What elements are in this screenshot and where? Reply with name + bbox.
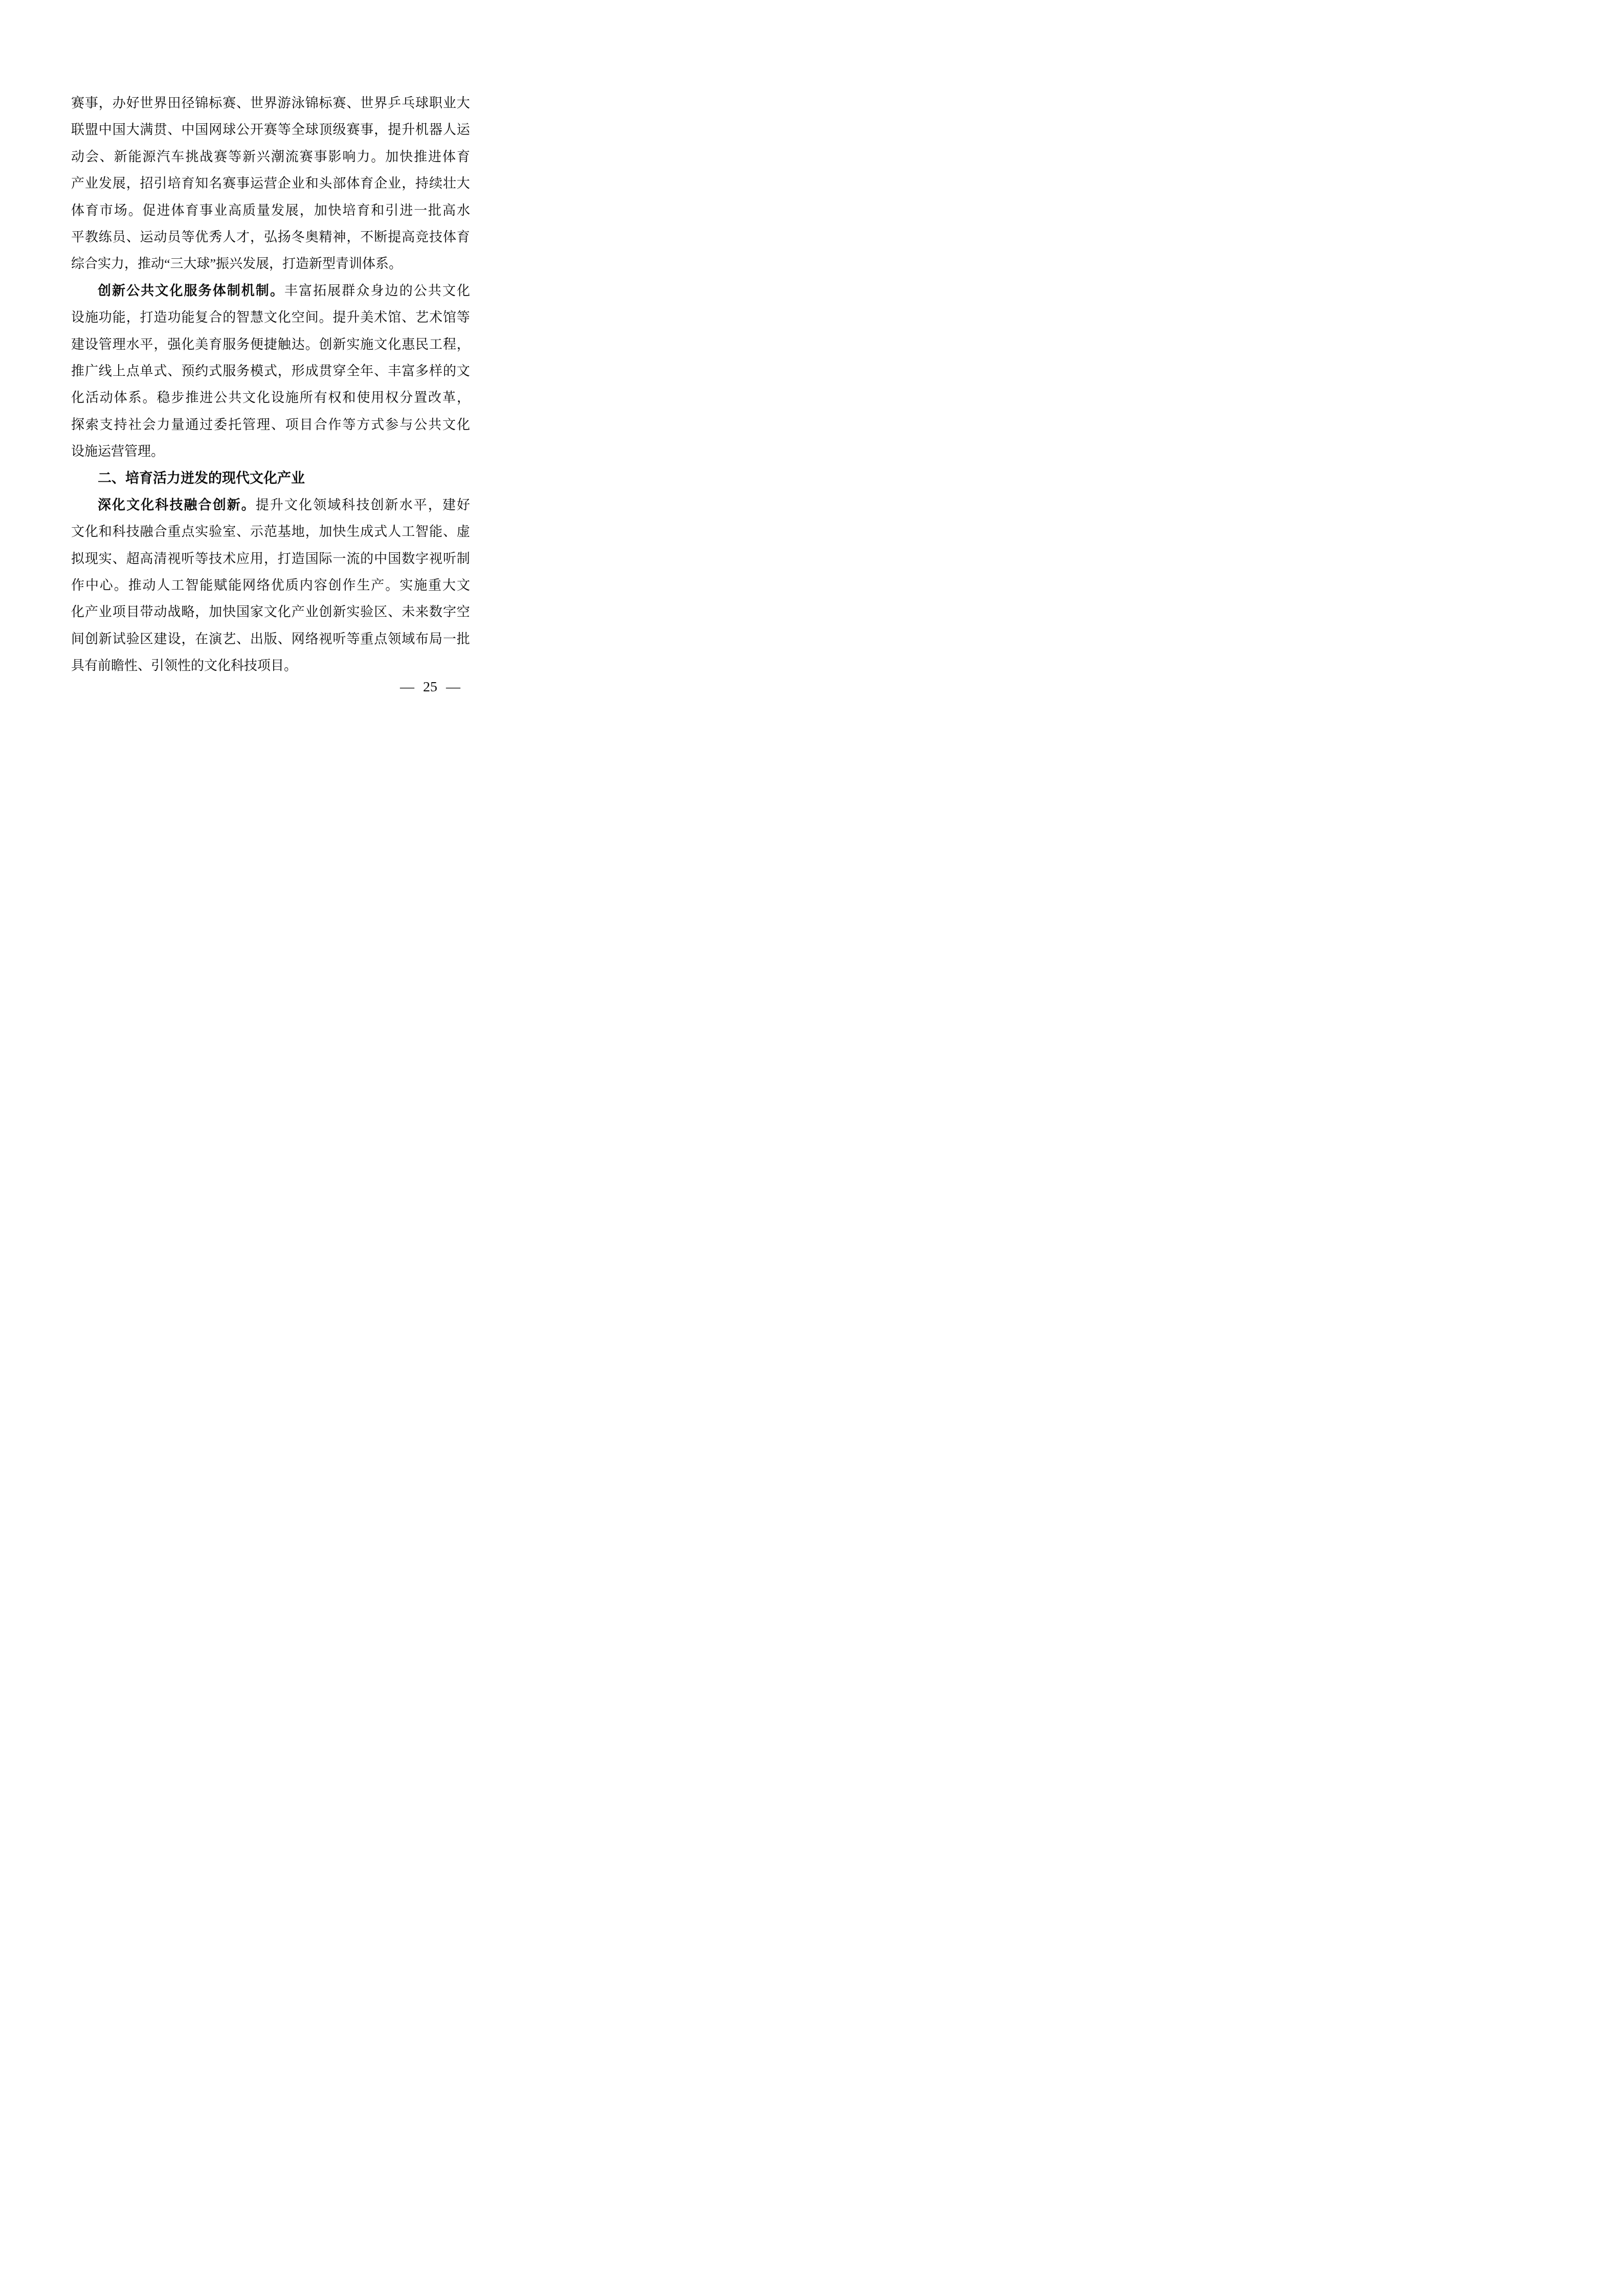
paragraph2-first-line: 创新公共文化服务体制机制。丰富拓展群众身边的公共文化 bbox=[71, 278, 470, 304]
document-body: 赛事，办好世界田径锦标赛、世界游泳锦标赛、世界乒乓球职业大 联盟中国大满贯、中国… bbox=[71, 90, 470, 680]
paragraph3-line-4: 作中心。推动人工智能赋能网络优质内容创作生产。实施重大文 bbox=[71, 572, 470, 599]
document-page: 赛事，办好世界田径锦标赛、世界游泳锦标赛、世界乒乓球职业大 联盟中国大满贯、中国… bbox=[0, 0, 541, 766]
paragraph3-last-line: 具有前瞻性、引领性的文化科技项目。 bbox=[71, 652, 470, 679]
paragraph1-line-5: 体育市场。促进体育事业高质量发展，加快培育和引进一批高水 bbox=[71, 197, 470, 224]
paragraph2-line-4: 推广线上点单式、预约式服务模式，形成贯穿全年、丰富多样的文 bbox=[71, 358, 470, 385]
section-heading: 二、培育活力迸发的现代文化产业 bbox=[71, 465, 470, 491]
paragraph3-first-line: 深化文化科技融合创新。提升文化领域科技创新水平，建好 bbox=[71, 492, 470, 519]
paragraph1-line-3: 动会、新能源汽车挑战赛等新兴潮流赛事影响力。加快推进体育 bbox=[71, 144, 470, 170]
paragraph3-line-3: 拟现实、超高清视听等技术应用，打造国际一流的中国数字视听制 bbox=[71, 546, 470, 572]
paragraph1-line-2: 联盟中国大满贯、中国网球公开赛等全球顶级赛事，提升机器人运 bbox=[71, 117, 470, 143]
footer-dash-left: — bbox=[400, 679, 414, 695]
paragraph2-line-5: 化活动体系。稳步推进公共文化设施所有权和使用权分置改革， bbox=[71, 385, 470, 411]
paragraph1-line-6: 平教练员、运动员等优秀人才，弘扬冬奥精神，不断提高竞技体育 bbox=[71, 224, 470, 251]
paragraph3-line-2: 文化和科技融合重点实验室、示范基地，加快生成式人工智能、虚 bbox=[71, 519, 470, 545]
footer-page-number: 25 bbox=[423, 679, 437, 695]
footer-dash-right: — bbox=[446, 679, 460, 695]
page-footer: — 25 — bbox=[400, 679, 460, 695]
paragraph2-last-line: 设施运营管理。 bbox=[71, 438, 470, 465]
paragraph2-line-2: 设施功能，打造功能复合的智慧文化空间。提升美术馆、艺术馆等 bbox=[71, 304, 470, 331]
paragraph3-line-6: 间创新试验区建设，在演艺、出版、网络视听等重点领域布局一批 bbox=[71, 626, 470, 652]
paragraph1-line-4: 产业发展，招引培育知名赛事运营企业和头部体育企业，持续壮大 bbox=[71, 170, 470, 197]
paragraph2-line-6: 探索支持社会力量通过委托管理、项目合作等方式参与公共文化 bbox=[71, 412, 470, 438]
paragraph1-last-line: 综合实力，推动“三大球”振兴发展，打造新型青训体系。 bbox=[71, 251, 470, 277]
paragraph1-line-1: 赛事，办好世界田径锦标赛、世界游泳锦标赛、世界乒乓球职业大 bbox=[71, 90, 470, 117]
paragraph2-line-3: 建设管理水平，强化美育服务便捷触达。创新实施文化惠民工程， bbox=[71, 331, 470, 358]
paragraph3-line-5: 化产业项目带动战略，加快国家文化产业创新实验区、未来数字空 bbox=[71, 599, 470, 625]
